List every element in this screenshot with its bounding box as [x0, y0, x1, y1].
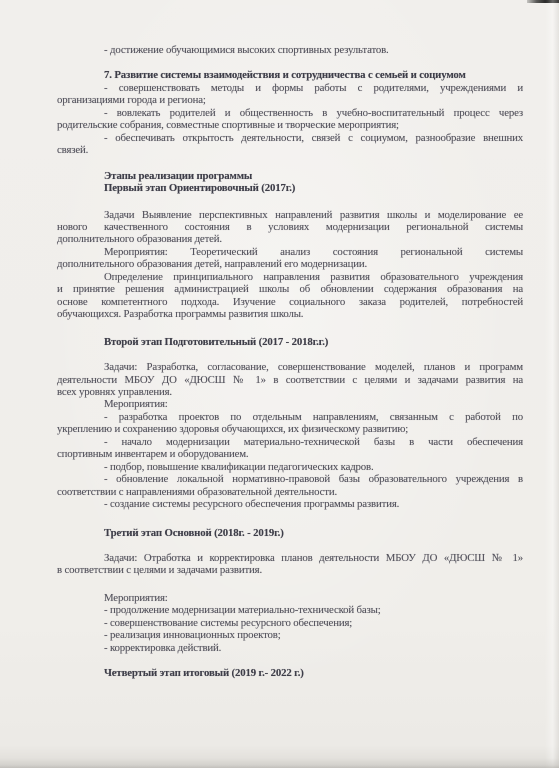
scan-edge-right	[545, 0, 559, 768]
text-line: в соответствии с целями и задачами разви…	[57, 564, 523, 576]
text-line: - подбор, повышение квалификации педагог…	[57, 461, 523, 473]
paragraph: - подбор, повышение квалификации педагог…	[57, 461, 523, 473]
text-line: - создание системы ресурсного обеспечени…	[57, 498, 523, 510]
scan-edge-shadow-bottom	[0, 758, 559, 768]
text-line: дополнительного образования детей, напра…	[57, 258, 523, 270]
text-line: - реализация инновационных проектов;	[57, 629, 523, 641]
text-line: Мероприятия:	[57, 398, 523, 410]
text-line: Определение принципиального направления …	[57, 271, 523, 283]
text-line: - вовлекать родителей и общественность в…	[57, 107, 523, 119]
text-line: связей.	[57, 144, 523, 156]
text-line: укреплению и сохранению здоровья обучающ…	[57, 423, 523, 435]
text-line: Этапы реализации программы	[57, 170, 523, 182]
text-line: Задачи: Разработка, согласование, соверш…	[57, 361, 523, 373]
text-line: - начало модернизации материально-технич…	[57, 436, 523, 448]
paragraph: - вовлекать родителей и общественность в…	[57, 107, 523, 132]
section-heading: Второй этап Подготовительный (2017 - 201…	[57, 336, 523, 348]
paragraph: - реализация инновационных проектов;	[57, 629, 523, 641]
document-page: - достижение обучающимися высоких спорти…	[0, 0, 559, 768]
text-line: Второй этап Подготовительный (2017 - 201…	[57, 336, 523, 348]
paragraph: - продолжение модернизации материально-т…	[57, 604, 523, 616]
text-line: организациями города и региона;	[57, 94, 523, 106]
paragraph: Мероприятия:	[57, 592, 523, 604]
text-line: и принятие решения администрацией школы …	[57, 283, 523, 295]
paragraph: Определение принципиального направления …	[57, 271, 523, 321]
paragraph: - обновление локальной нормативно-правов…	[57, 473, 523, 498]
text-line: - обновление локальной нормативно-правов…	[57, 473, 523, 485]
paragraph: Задачи: Отработка и корректировка планов…	[57, 552, 523, 577]
text-line: дополнительного образования детей.	[57, 233, 523, 245]
paragraph: - достижение обучающимися высоких спорти…	[57, 44, 523, 56]
text-line: Мероприятия: Теоретический анализ состоя…	[57, 246, 523, 258]
paragraph: Мероприятия:	[57, 398, 523, 410]
paragraph: Задачи Выявление перспективных направлен…	[57, 209, 523, 246]
text-line: - обеспечивать открытость деятельности, …	[57, 132, 523, 144]
text-line: обучающихся. Разработка программы развит…	[57, 308, 523, 320]
text-line: Задачи: Отработка и корректировка планов…	[57, 552, 523, 564]
text-line: Мероприятия:	[57, 592, 523, 604]
text-line: деятельности МБОУ ДО «ДЮСШ № 1» в соотве…	[57, 374, 523, 386]
paragraph: - корректировка действий.	[57, 642, 523, 654]
paragraph: - разработка проектов по отдельным напра…	[57, 411, 523, 436]
text-line: Третий этап Основной (2018г. - 2019г.)	[57, 527, 523, 539]
text-line: 7. Развитие системы взаимодействия и сот…	[57, 69, 523, 81]
text-line: родительские собрания, совместные спорти…	[57, 119, 523, 131]
section-heading: Этапы реализации программы	[57, 170, 523, 182]
section-heading: 7. Развитие системы взаимодействия и сот…	[57, 69, 523, 81]
section-heading: Первый этап Ориентировочный (2017г.)	[57, 182, 523, 194]
text-line: - совершенствование системы ресурсного о…	[57, 617, 523, 629]
text-line: - достижение обучающимися высоких спорти…	[57, 44, 523, 56]
section-heading: Четвертый этап итоговый (2019 г.- 2022 г…	[57, 667, 523, 679]
text-line: соответствии с направлениями образовател…	[57, 486, 523, 498]
paragraph: - совершенствовать методы и формы работы…	[57, 82, 523, 107]
paragraph: Задачи: Разработка, согласование, соверш…	[57, 361, 523, 398]
paragraph: - создание системы ресурсного обеспечени…	[57, 498, 523, 510]
paragraph: - обеспечивать открытость деятельности, …	[57, 132, 523, 157]
text-line: спортивным инвентарем и оборудованием.	[57, 448, 523, 460]
text-line: всех уровнях управления.	[57, 386, 523, 398]
text-line: - корректировка действий.	[57, 642, 523, 654]
text-line: - разработка проектов по отдельным напра…	[57, 411, 523, 423]
paragraph: Мероприятия: Теоретический анализ состоя…	[57, 246, 523, 271]
text-line: - продолжение модернизации материально-т…	[57, 604, 523, 616]
text-line: основе компетентного подхода. Изучение с…	[57, 296, 523, 308]
text-column: - достижение обучающимися высоких спорти…	[57, 44, 523, 680]
text-line: Задачи Выявление перспективных направлен…	[57, 209, 523, 221]
text-line: - совершенствовать методы и формы работы…	[57, 82, 523, 94]
text-line: нового качественного состояния в условия…	[57, 221, 523, 233]
text-line: Четвертый этап итоговый (2019 г.- 2022 г…	[57, 667, 523, 679]
paragraph: - начало модернизации материально-технич…	[57, 436, 523, 461]
text-line: Первый этап Ориентировочный (2017г.)	[57, 182, 523, 194]
section-heading: Третий этап Основной (2018г. - 2019г.)	[57, 527, 523, 539]
paragraph: - совершенствование системы ресурсного о…	[57, 617, 523, 629]
